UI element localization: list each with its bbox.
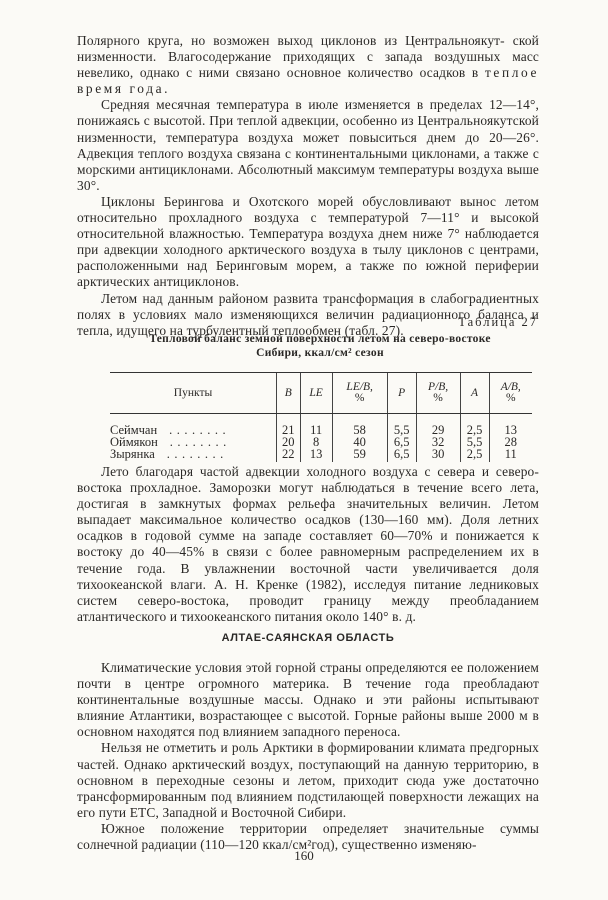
value-cell: 22 <box>277 448 301 462</box>
table-caption-line: Тепловой баланс земной поверхности летом… <box>110 332 530 346</box>
paragraph-cyclones: Циклоны Берингова и Охотского морей обус… <box>77 194 539 291</box>
station-name-cell: Сеймчан........ <box>110 414 277 437</box>
table-caption-line: Сибири, ккал/см² сезон <box>110 346 530 360</box>
value-cell: 58 <box>332 414 387 437</box>
value-cell: 21 <box>277 414 301 437</box>
table-row: Зырянка........2213596,5302,511 <box>110 448 532 462</box>
section-heading: АЛТАЕ-САЯНСКАЯ ОБЛАСТЬ <box>77 632 539 644</box>
paragraph-summer: Лето благодаря частой адвекции холодного… <box>77 464 539 625</box>
value-cell: 13 <box>300 448 332 462</box>
page-number: 160 <box>0 848 608 864</box>
value-cell: 13 <box>489 414 532 437</box>
document-page: Полярного круга, но возможен выход цикло… <box>0 0 608 900</box>
column-header-station: Пункты <box>110 373 277 414</box>
value-cell: 11 <box>489 448 532 462</box>
station-name: Зырянка <box>110 447 155 461</box>
column-header-le: LE <box>300 373 332 414</box>
value-cell: 2,5 <box>460 414 489 437</box>
table-caption: Тепловой баланс земной поверхности летом… <box>110 332 530 360</box>
column-header-a-b: A/B,% <box>489 373 532 414</box>
value-cell: 6,5 <box>387 448 416 462</box>
text-block-middle: Лето благодаря частой адвекции холодного… <box>77 464 539 625</box>
paragraph-climate-conditions: Климатические условия этой горной страны… <box>77 660 539 740</box>
value-cell: 59 <box>332 448 387 462</box>
column-header-a: A <box>460 373 489 414</box>
paragraph-arctic-role: Нельзя не отметить и роль Арктики в форм… <box>77 740 539 820</box>
value-cell: 2,5 <box>460 448 489 462</box>
table-header-row: Пункты B LE LE/B,% P P/B,% A A/B,% <box>110 373 532 414</box>
text-line: Полярного круга, но возможен выход цикло… <box>77 33 505 48</box>
heat-balance-table: Пункты B LE LE/B,% P P/B,% A A/B,% Сеймч… <box>110 372 532 462</box>
paragraph-july-temperature: Средняя месячная температура в июле изме… <box>77 97 539 194</box>
table-label: Таблица 27 <box>458 315 538 330</box>
table-row: Сеймчан........2111585,5292,513 <box>110 414 532 437</box>
leader-dots: ........ <box>167 447 228 461</box>
paragraph-continued: Полярного круга, но возможен выход цикло… <box>77 33 539 97</box>
column-header-le-b: LE/B,% <box>332 373 387 414</box>
text-block-bottom: Климатические условия этой горной страны… <box>77 660 539 853</box>
value-cell: 11 <box>300 414 332 437</box>
column-header-b: B <box>277 373 301 414</box>
value-cell: 5,5 <box>387 414 416 437</box>
column-header-p: P <box>387 373 416 414</box>
station-name-cell: Зырянка........ <box>110 448 277 462</box>
column-header-p-b: P/B,% <box>416 373 460 414</box>
text-block-top: Полярного круга, но возможен выход цикло… <box>77 33 539 339</box>
value-cell: 29 <box>416 414 460 437</box>
value-cell: 30 <box>416 448 460 462</box>
